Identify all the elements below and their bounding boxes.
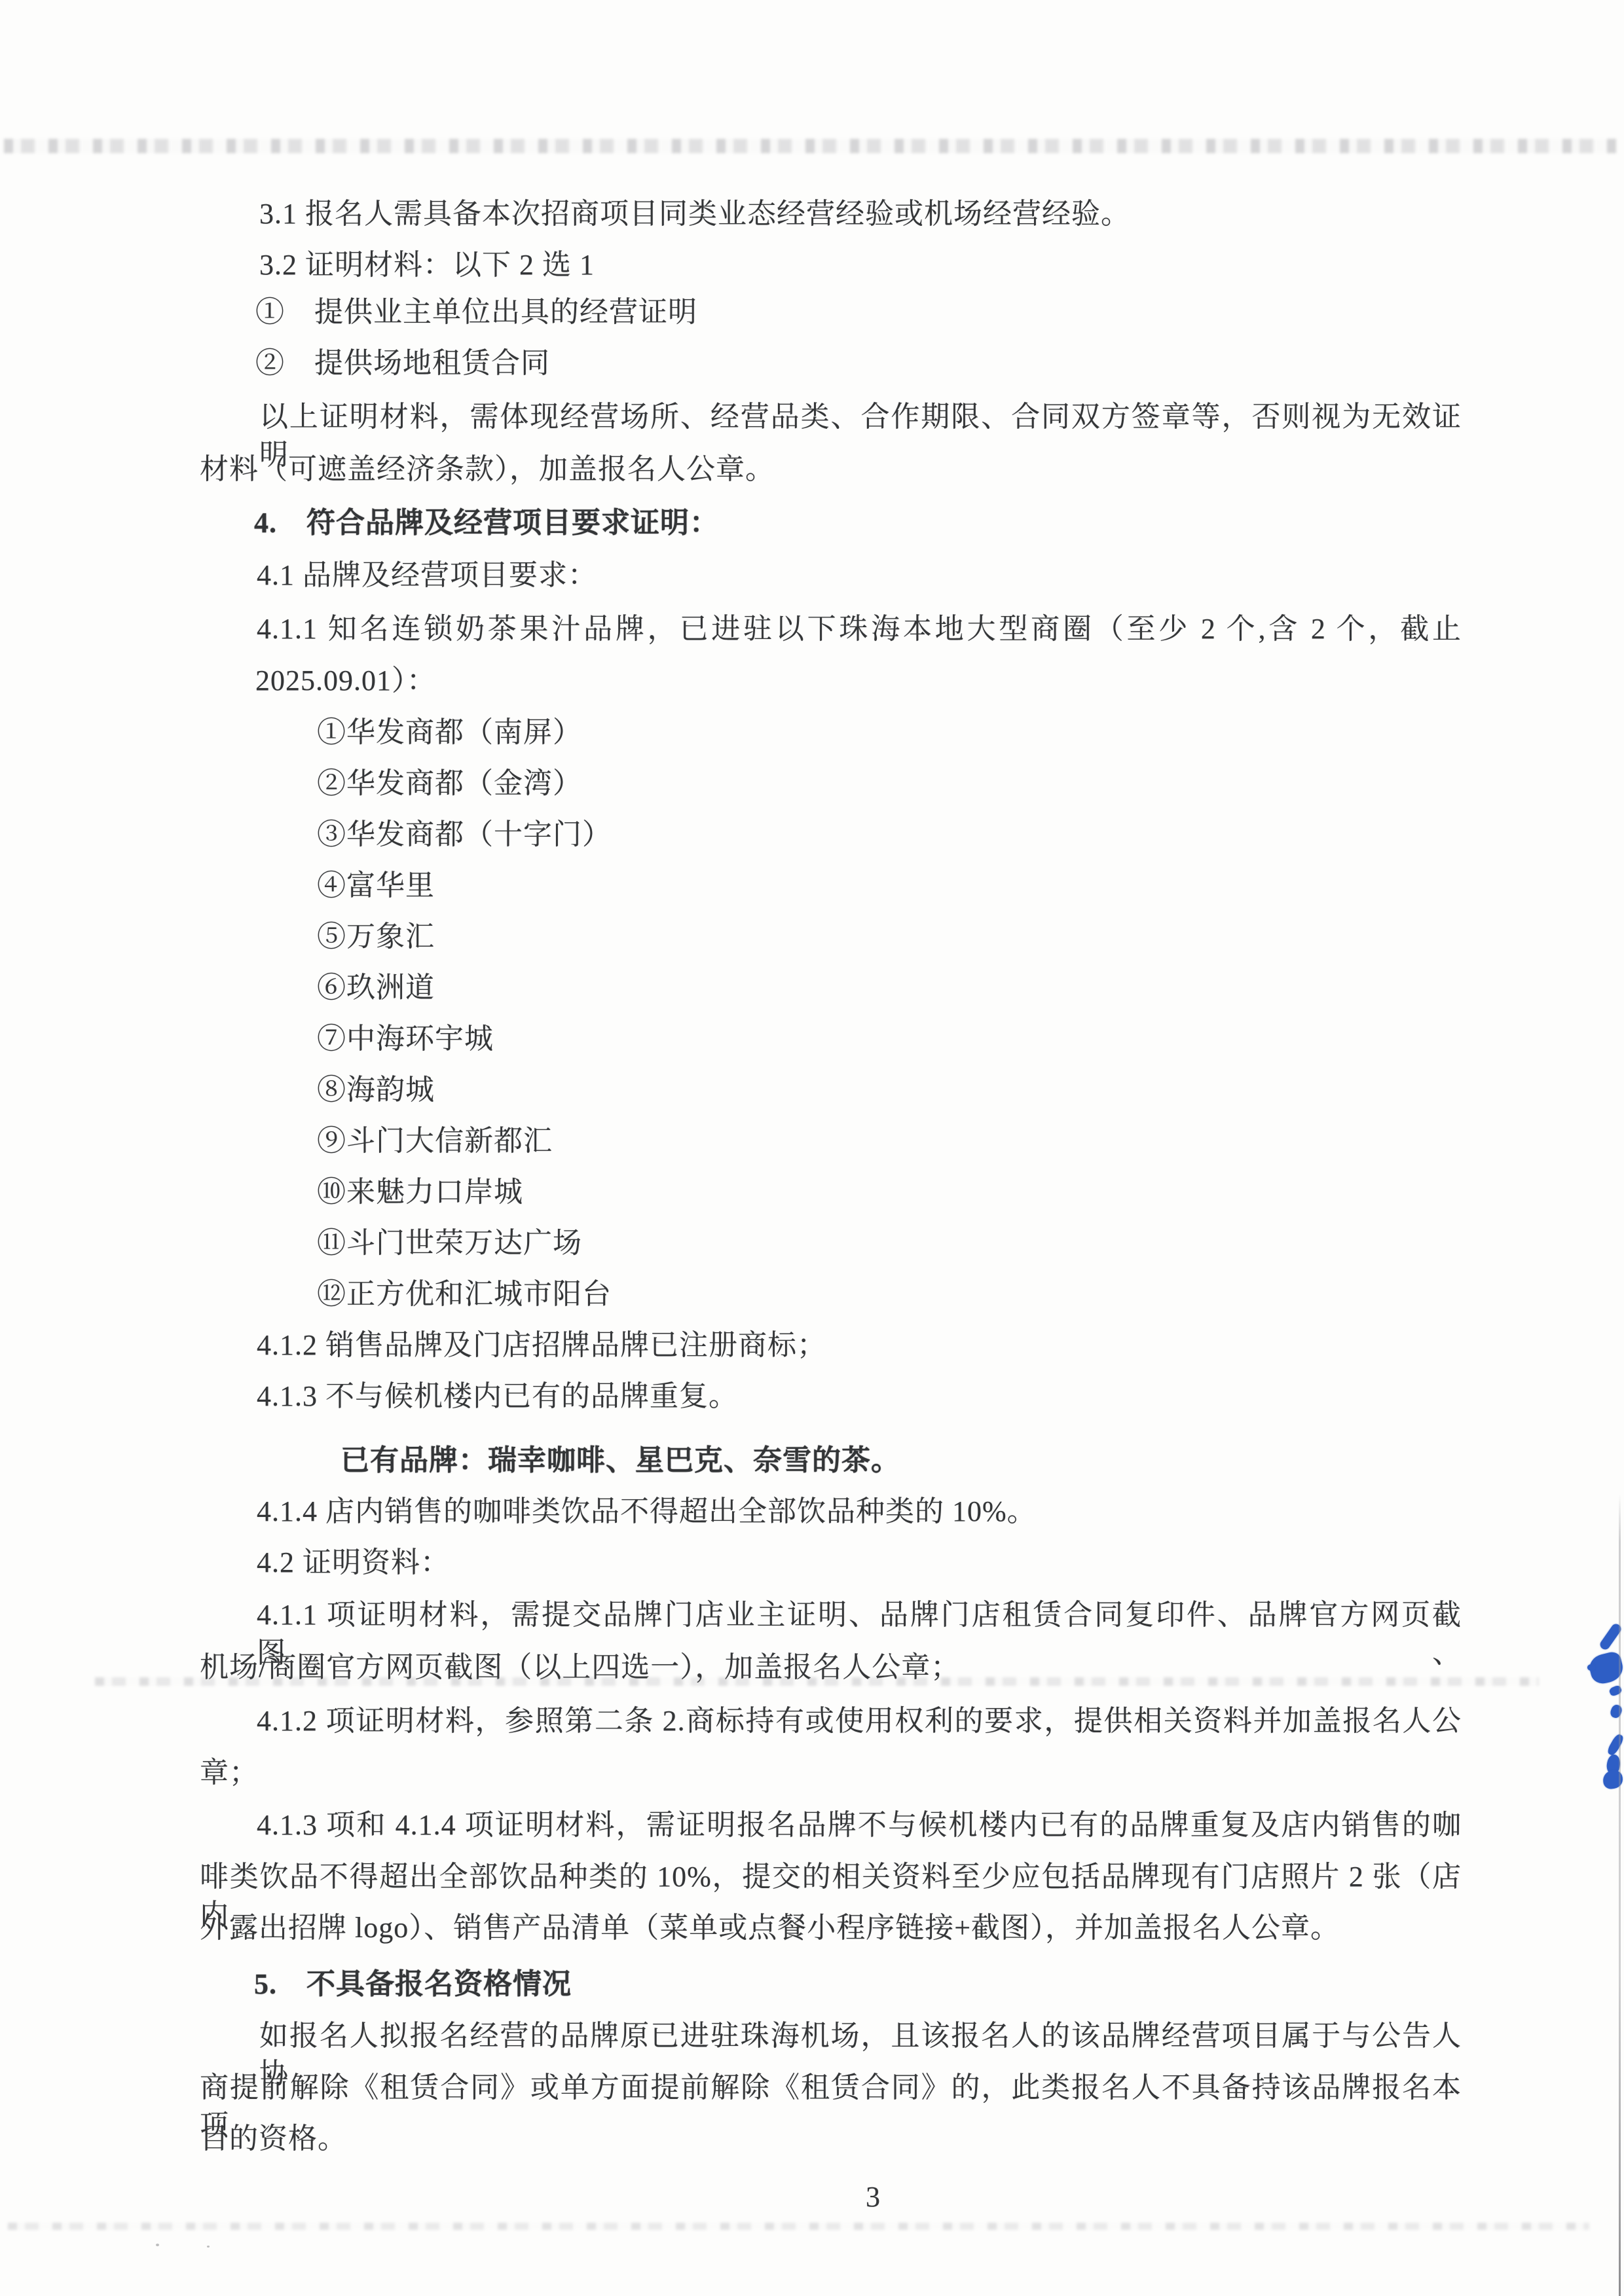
line-4-1-3: 4.1.3 不与候机楼内已有的品牌重复。 [257,1377,738,1415]
mall-item-10: ⑩来魅力口岸城 [317,1173,523,1211]
line-3-2: 3.2 证明材料：以下 2 选 1 [259,246,595,284]
document-page: 3.1 报名人需具备本次招商项目同类业态经营经验或机场经营经验。 3.2 证明材… [0,0,1624,2296]
blue-ink-mark [1609,1704,1623,1719]
para-4-2-412b: 章； [200,1754,259,1792]
mall-item-6: ⑥玖洲道 [317,969,435,1007]
existing-brands-line: 已有品牌：瑞幸咖啡、星巴克、奈雪的茶。 [341,1442,900,1480]
line-4-2: 4.2 证明资料： [257,1544,450,1582]
dust-speck [207,2246,210,2248]
scan-smudge-bottom [8,2223,1589,2230]
mall-item-2: ②华发商都（金湾） [317,765,582,803]
line-4-1-1b: 2025.09.01）： [255,662,436,700]
para-5b: 商提前解除《租赁合同》或单方面提前解除《租赁合同》的，此类报名人不具备持该品牌报… [200,2069,1462,2145]
mall-item-8: ⑧海韵城 [317,1071,435,1109]
mall-item-3: ③华发商都（十字门） [317,816,612,854]
para-4-2-412a: 4.1.2 项证明材料，参照第二条 2.商标持有或使用权利的要求，提供相关资料并… [257,1702,1462,1740]
para-4-2-413a: 4.1.3 项和 4.1.4 项证明材料，需证明报名品牌不与候机楼内已有的品牌重… [257,1806,1462,1844]
mall-item-5: ⑤万象汇 [317,918,435,956]
mall-item-11: ⑪斗门世荣万达广场 [317,1224,582,1262]
line-4-1-1a: 4.1.1 知名连锁奶茶果汁品牌，已进驻以下珠海本地大型商圈（至少 2 个,含 … [257,610,1462,648]
para-4-2-413c: 外露出招牌 logo）、销售产品清单（菜单或点餐小程序链接+截图），并加盖报名人… [200,1909,1340,1947]
mall-item-7: ⑦中海环宇城 [317,1020,494,1058]
scan-smudge-mid [95,1677,1539,1686]
heading-5: 5. 不具备报名资格情况 [254,1965,572,2003]
para-evidence-note-2: 材料（可遮盖经济条款），加盖报名人公章。 [200,450,775,488]
line-3-1: 3.1 报名人需具备本次招商项目同类业态经营经验或机场经营经验。 [259,195,1130,233]
dust-speck [156,2244,159,2246]
mall-item-9: ⑨斗门大信新都汇 [317,1122,553,1160]
line-4-1-4: 4.1.4 店内销售的咖啡类饮品不得超出全部饮品种类的 10%。 [257,1493,1037,1531]
mall-item-4: ④富华里 [317,867,435,905]
para-5c: 目的资格。 [200,2120,347,2158]
page-number: 3 [866,2180,880,2214]
mall-item-12: ⑫正方优和汇城市阳台 [317,1275,612,1313]
blue-ink-mark [1606,1733,1624,1757]
heading-4: 4. 符合品牌及经营项目要求证明： [254,504,719,542]
blue-ink-mark [1587,1664,1595,1671]
option-1: ① 提供业主单位出具的经营证明 [255,293,697,331]
option-2: ② 提供场地租赁合同 [255,344,550,382]
line-4-1-2: 4.1.2 销售品牌及门店招牌品牌已注册商标； [257,1326,826,1364]
line-4-1: 4.1 品牌及经营项目要求： [257,556,597,594]
scan-smudge-top [4,139,1616,153]
page-edge-shadow [1619,1494,1621,2296]
mall-item-1: ①华发商都（南屏） [317,714,582,752]
